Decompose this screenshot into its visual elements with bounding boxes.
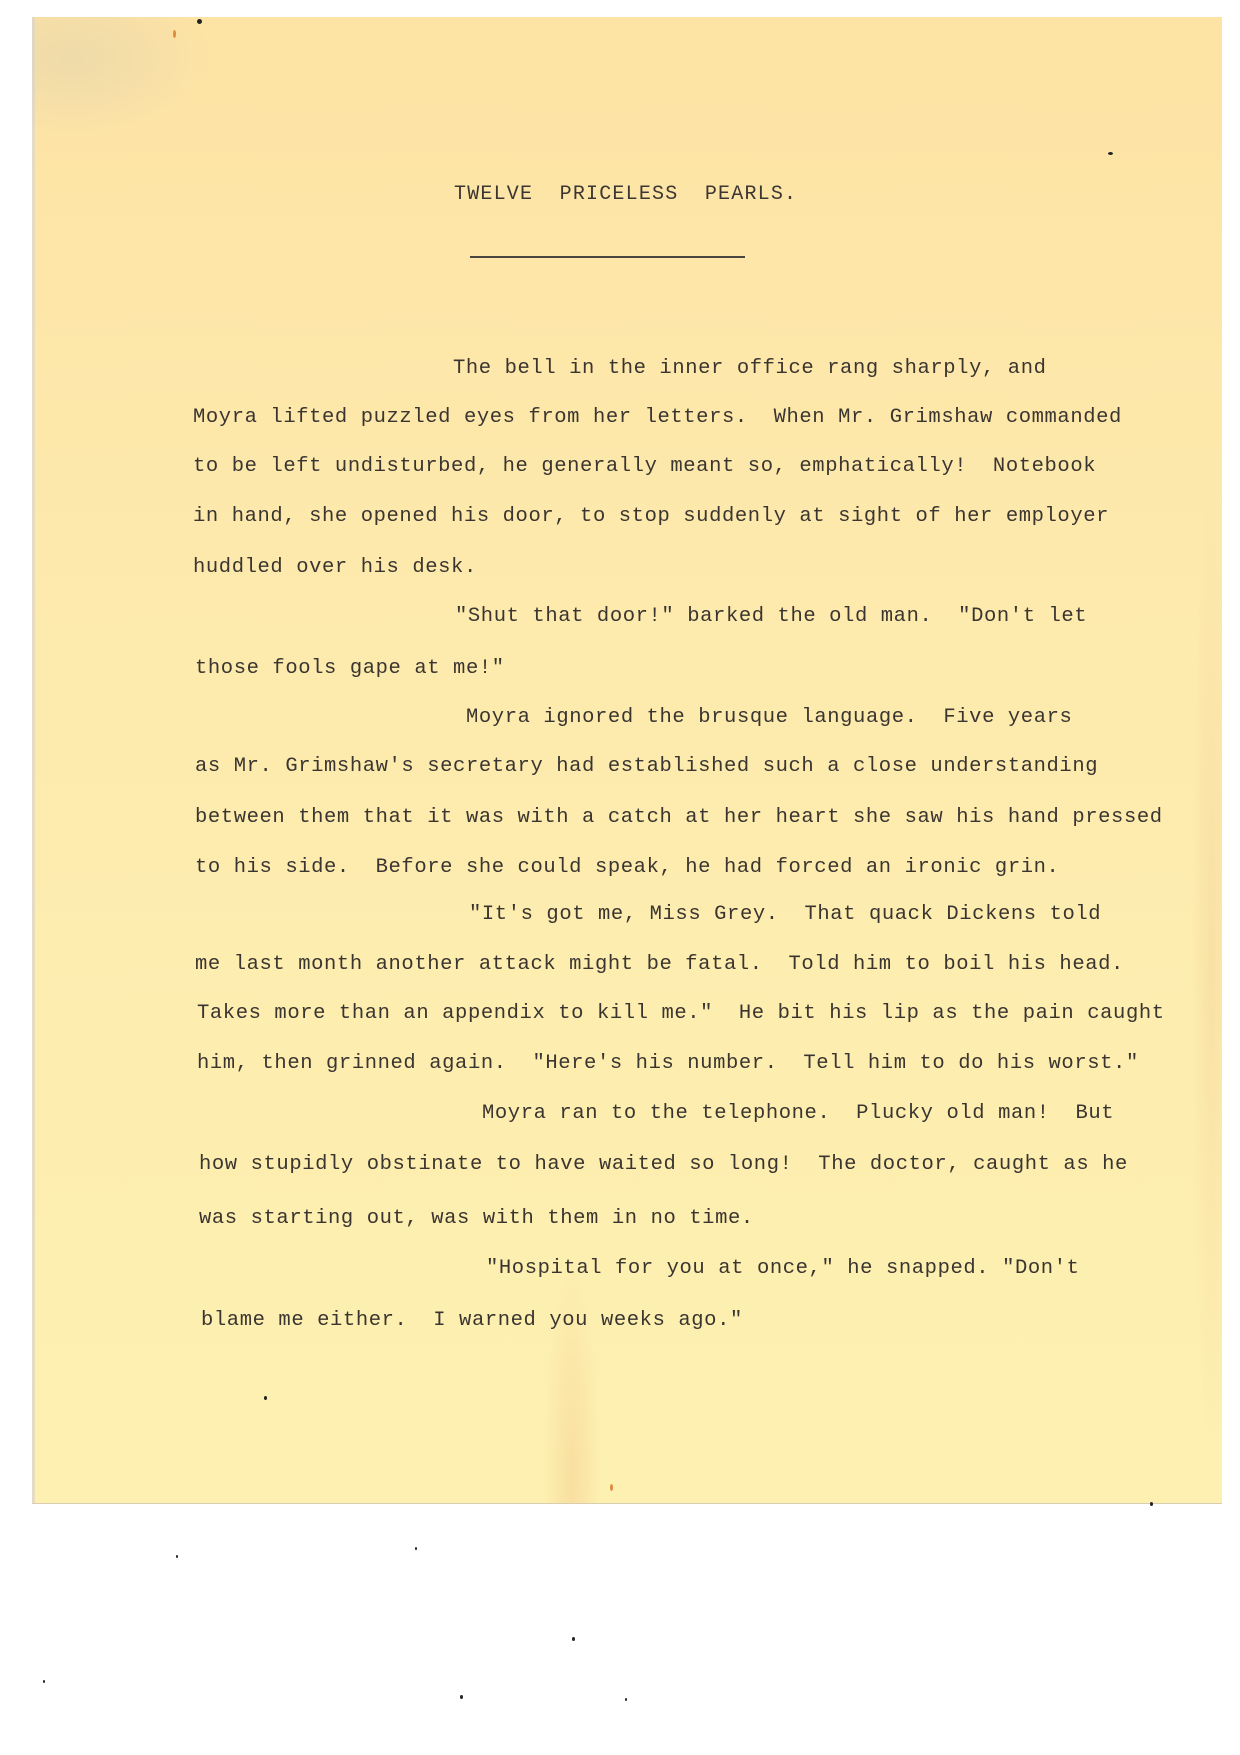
scan-speck xyxy=(1108,152,1113,155)
text-line: as Mr. Grimshaw's secretary had establis… xyxy=(195,755,1098,779)
scan-speck xyxy=(197,19,202,24)
text-line: him, then grinned again. "Here's his num… xyxy=(197,1052,1139,1076)
text-line: huddled over his desk. xyxy=(193,556,477,580)
scan-speck xyxy=(415,1547,417,1550)
text-line: to his side. Before she could speak, he … xyxy=(195,856,1059,880)
text-line: Moyra ignored the brusque language. Five… xyxy=(466,706,1072,730)
text-line: was starting out, was with them in no ti… xyxy=(199,1207,754,1231)
scan-speck xyxy=(625,1698,627,1701)
scan-speck xyxy=(264,1396,267,1400)
scan-speck xyxy=(460,1695,463,1699)
scan-speck xyxy=(43,1680,45,1683)
text-line: those fools gape at me!" xyxy=(195,657,505,681)
scan-speck xyxy=(1150,1502,1153,1506)
text-line: Moyra lifted puzzled eyes from her lette… xyxy=(193,406,1122,430)
document-title: TWELVE PRICELESS PEARLS. xyxy=(454,183,797,207)
text-line: blame me either. I warned you weeks ago.… xyxy=(201,1309,743,1333)
stain-mark xyxy=(173,30,176,38)
text-line: to be left undisturbed, he generally mea… xyxy=(193,455,1096,479)
text-line: between them that it was with a catch at… xyxy=(195,806,1163,830)
text-line: "It's got me, Miss Grey. That quack Dick… xyxy=(469,903,1101,927)
text-line: in hand, she opened his door, to stop su… xyxy=(193,505,1109,529)
text-line: "Hospital for you at once," he snapped. … xyxy=(486,1257,1080,1281)
text-line: Takes more than an appendix to kill me."… xyxy=(197,1002,1165,1026)
text-line: Moyra ran to the telephone. Plucky old m… xyxy=(482,1102,1114,1126)
scan-speck xyxy=(572,1637,575,1641)
text-line: The bell in the inner office rang sharpl… xyxy=(453,357,1047,381)
stain-mark xyxy=(610,1484,613,1491)
text-line: how stupidly obstinate to have waited so… xyxy=(199,1153,1128,1177)
text-line: "Shut that door!" barked the old man. "D… xyxy=(455,605,1087,629)
text-line: me last month another attack might be fa… xyxy=(195,953,1124,977)
title-underline xyxy=(470,256,745,258)
scan-speck xyxy=(176,1555,178,1558)
